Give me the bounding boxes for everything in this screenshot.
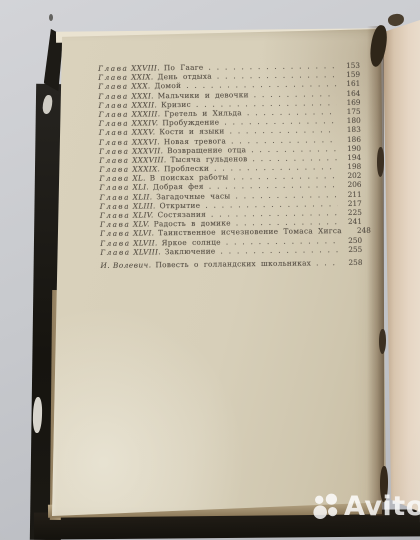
toc-page-number: 180 [339, 116, 361, 125]
chapter-word: Глава [99, 110, 130, 119]
toc-title: По Гааге [164, 63, 204, 73]
chapter-word: Глава [99, 137, 130, 146]
chapter-numeral: XXXVII. [129, 146, 163, 155]
chapter-word: Глава [100, 192, 131, 201]
book-photo: Глава XXVIII.По Гааге153Глава XXIX.День … [0, 0, 420, 540]
toc-page-number: 175 [339, 107, 361, 116]
chapter-word: Глава [98, 91, 129, 100]
toc-page-number: 202 [339, 171, 361, 180]
toc-page-number: 161 [338, 79, 360, 88]
afterword-author: И. Волевич. [100, 261, 151, 271]
toc-page-number: 190 [339, 143, 361, 152]
chapter-numeral: XXXIV. [129, 118, 158, 127]
toc-title: Кризис [161, 100, 191, 110]
dot-leader [220, 245, 338, 256]
avito-logo-icon [312, 492, 341, 521]
chapter-numeral: XXXIX. [130, 164, 161, 173]
chapter-numeral: XXXII. [129, 100, 157, 109]
chapter-numeral: XXX. [129, 82, 151, 91]
toc-title: Заключение [165, 246, 216, 256]
chapter-word: Глава [99, 183, 130, 192]
table-of-contents: Глава XXVIII.По Гааге153Глава XXIX.День … [98, 61, 363, 271]
chapter-word: Глава [99, 165, 130, 174]
toc-page: Глава XXVIII.По Гааге153Глава XXIX.День … [50, 26, 386, 522]
right-page [383, 20, 420, 512]
cover-damage-speck [49, 14, 53, 21]
toc-page-number: 211 [340, 189, 362, 198]
chapter-word: Глава [99, 128, 130, 137]
chapter-numeral: XXXI. [129, 91, 154, 100]
chapter-numeral: XLI. [130, 183, 149, 192]
dot-leader [316, 259, 338, 268]
toc-page-number: 225 [340, 208, 362, 217]
chapter-word: Глава [100, 220, 131, 229]
toc-page-number: 217 [340, 199, 362, 208]
toc-title: Домой [154, 81, 181, 91]
chapter-word: Глава [98, 82, 129, 91]
toc-chapter-label: Глава XLVIII. [100, 247, 161, 257]
toc-row: Глава XLVIII.Заключение255 [100, 245, 362, 257]
toc-page-number: 250 [340, 235, 362, 244]
chapter-numeral: XXVIII. [128, 63, 159, 72]
chapter-word: Глава [98, 100, 129, 109]
chapter-numeral: XXXV. [129, 128, 155, 137]
chapter-word: Глава [100, 229, 131, 238]
chapter-word: Глава [98, 73, 129, 82]
toc-page-number: 183 [339, 125, 361, 134]
chapter-word: Глава [99, 174, 130, 183]
chapter-numeral: XXXVIII. [130, 155, 167, 164]
afterword-page-number: 258 [340, 258, 362, 267]
toc-page-number: 194 [339, 153, 361, 162]
toc-page-number: 206 [339, 180, 361, 189]
chapter-numeral: XLVI. [130, 229, 154, 238]
chapter-numeral: XLIII. [130, 201, 156, 210]
chapter-numeral: XLII. [130, 192, 152, 201]
chapter-numeral: XLV. [130, 220, 149, 229]
toc-page-number: 186 [339, 134, 361, 143]
toc-page-number: 198 [339, 162, 361, 171]
chapter-word: Глава [98, 64, 129, 73]
avito-watermark: Avito [312, 492, 420, 521]
afterword-row: И. Волевич. Повесть о голландских школьн… [100, 258, 362, 270]
chapter-word: Глава [100, 247, 131, 256]
fold-damage-spot [377, 147, 384, 177]
toc-list: Глава XXVIII.По Гааге153Глава XXIX.День … [98, 61, 362, 257]
chapter-numeral: XLVII. [131, 238, 158, 247]
toc-page-number: 241 [340, 217, 362, 226]
avito-brand-text: Avito [344, 492, 420, 521]
afterword-title: Повесть о голландских школьниках [155, 259, 311, 270]
chapter-word: Глава [99, 119, 130, 128]
toc-title: Открытие [160, 201, 201, 211]
toc-page-number: 164 [338, 88, 360, 97]
chapter-numeral: XLVIII. [131, 247, 161, 256]
toc-page-number: 255 [340, 245, 362, 254]
toc-page-number: 153 [338, 61, 360, 70]
chapter-word: Глава [100, 211, 131, 220]
chapter-word: Глава [99, 155, 130, 164]
fold-damage-spot [387, 13, 404, 27]
chapter-word: Глава [100, 238, 131, 247]
chapter-numeral: XXXVI. [129, 137, 160, 146]
chapter-numeral: XL. [130, 174, 146, 183]
toc-page-number: 169 [338, 98, 360, 107]
chapter-numeral: XXXIII. [129, 109, 160, 118]
chapter-word: Глава [100, 201, 131, 210]
chapter-word: Глава [99, 146, 130, 155]
fold-damage-spot [379, 329, 386, 354]
chapter-numeral: XLIV. [130, 210, 153, 219]
toc-page-number: 159 [338, 70, 360, 79]
chapter-numeral: XXIX. [129, 73, 154, 82]
toc-page-number: 248 [349, 226, 371, 235]
